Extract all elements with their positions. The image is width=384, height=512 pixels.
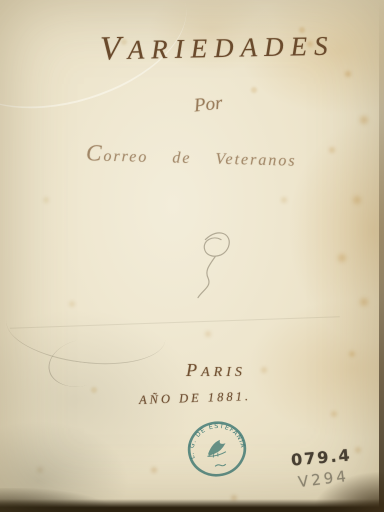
vignette-overlay	[0, 0, 384, 512]
manuscript-title-page-photo: VARIEDADES Por Correo de Veteranos PARIS…	[0, 0, 384, 512]
